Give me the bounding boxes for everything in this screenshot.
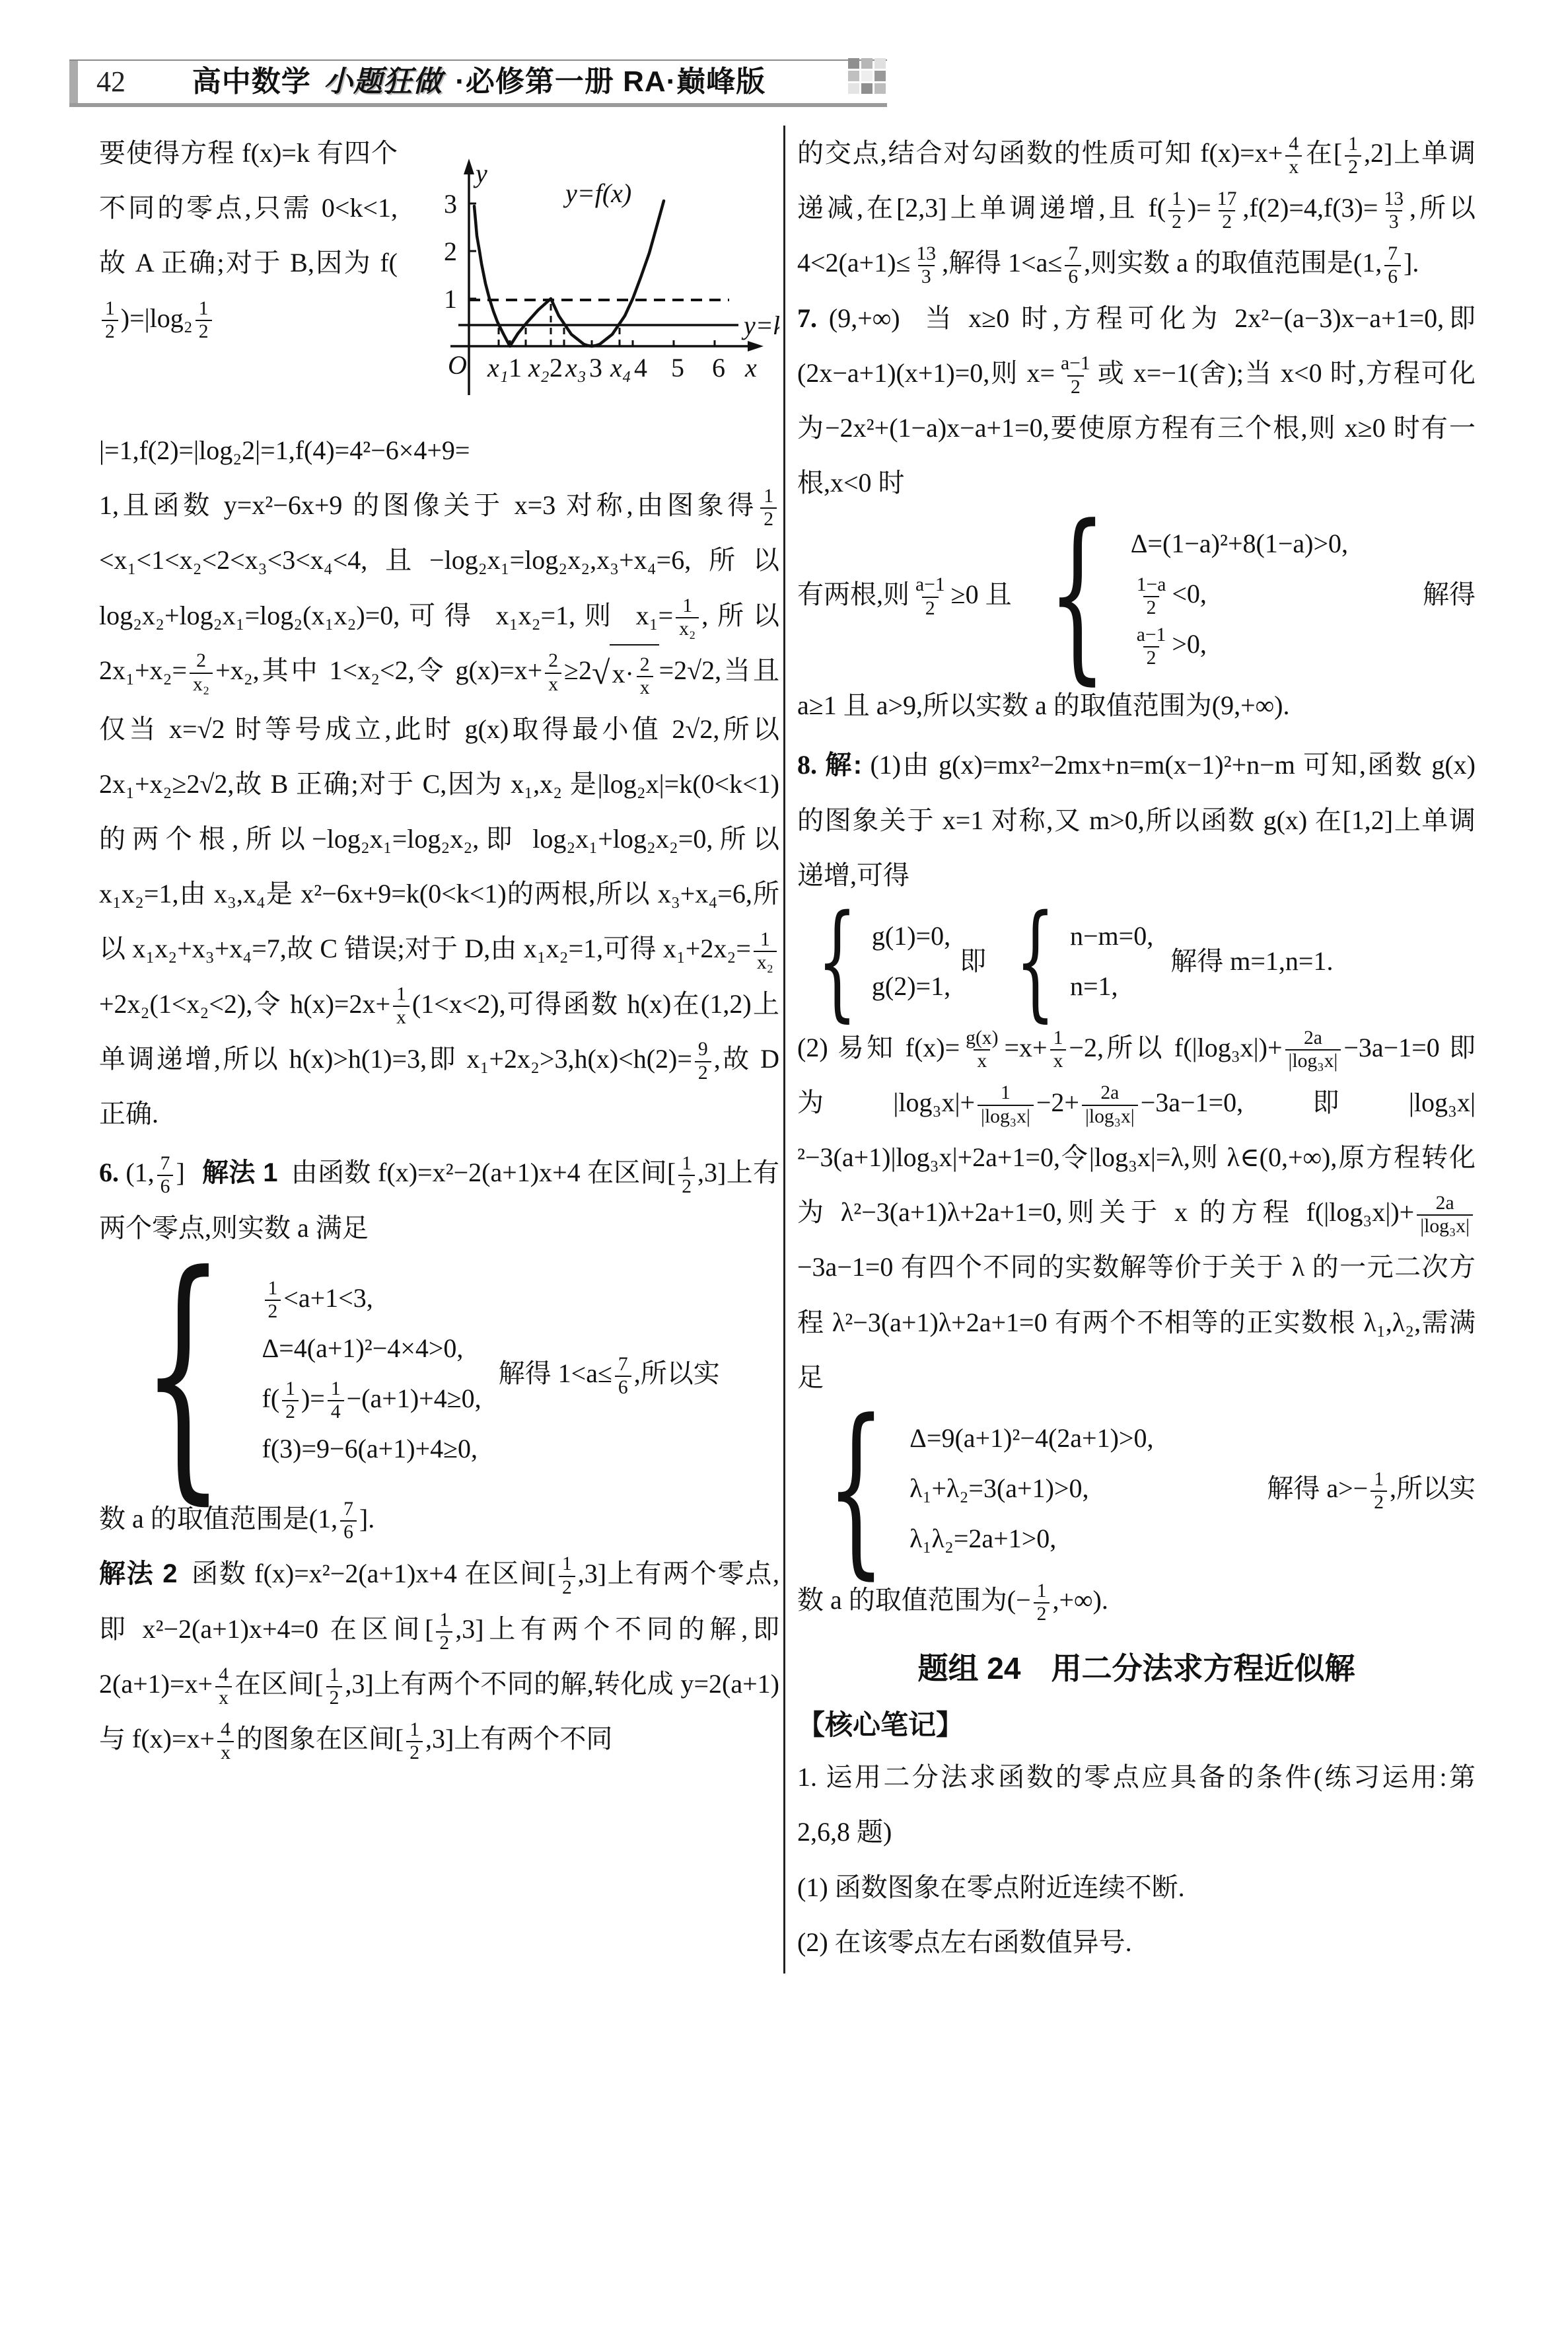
system-lines: Δ=(1−a)²+8(1−a)>0, 1−a2<0, a−12>0, <box>1131 519 1348 669</box>
left-brace-icon: { <box>1048 515 1106 673</box>
paragraph-a5-part2: 1,且函数 y=x²−6x+9 的图像关于 x=3 对称,由图象得12<x₁<1… <box>99 478 779 1141</box>
system-lines: Δ=9(a+1)²−4(2a+1)>0, λ₁+λ₂=3(a+1)>0, λ₁λ… <box>909 1413 1153 1564</box>
two-column-content: y x O y=f(x) y=k 1 2 3 x₁ 1 x₂ 2 x₃ 3 <box>99 126 1476 1974</box>
root-label-x3: x₃ <box>565 353 587 383</box>
solve-text: 解得 a>−12,所以实 <box>1267 1461 1476 1516</box>
k-line-label: y=k <box>741 311 779 340</box>
xtick-label-1: 1 <box>509 353 522 383</box>
problem-6-method2: 解法 2 函数 f(x)=x²−2(a+1)x+4 在区间[12,3]上有两个零… <box>99 1546 779 1767</box>
left-brace-icon: { <box>1015 908 1055 1015</box>
problem-8-text2: (2) 易知 f(x)=g(x)x=x+1x−2,所以 f(|log₃x|)+2… <box>797 1033 1476 1392</box>
xtick-label-5: 5 <box>671 353 684 383</box>
ytick-label-1: 1 <box>444 284 457 314</box>
xtick-label-3: 3 <box>589 353 602 383</box>
left-brace-icon: { <box>827 1410 886 1567</box>
text-run: 1,且函数 y=x²−6x+9 的图像关于 x=3 对称,由图象得12<x₁<1… <box>99 490 779 1128</box>
root-label-x2: x₂ <box>528 353 550 383</box>
method-2-label: 解法 2 <box>99 1559 184 1588</box>
equation-system: { n−m=0, n=1, <box>995 908 1153 1015</box>
x-axis-label: x <box>744 353 757 383</box>
system-line: λ₁λ₂=2a+1>0, <box>909 1514 1153 1564</box>
pre-system-text: 有两根,则a−12≥0 且 <box>797 567 1012 622</box>
mid-text: 即 <box>960 934 986 988</box>
ytick-label-2: 2 <box>444 237 457 266</box>
problem-8-system-row2: { Δ=9(a+1)²−4(2a+1)>0, λ₁+λ₂=3(a+1)>0, λ… <box>797 1410 1476 1567</box>
note-1-item-1: (1) 函数图象在零点附近连续不断. <box>797 1860 1476 1915</box>
solution-label: 解: <box>825 751 862 780</box>
text-run: 1. 运用二分法求函数的零点应具备的条件(练习运用:第 2,6,8 题) <box>797 1762 1476 1847</box>
note-1: 1. 运用二分法求函数的零点应具备的条件(练习运用:第 2,6,8 题) <box>797 1750 1476 1859</box>
problem-7-range: a≥1 且 a>9,所以实数 a 的取值范围为(9,+∞). <box>797 678 1476 733</box>
header-title-brand: 小题狂做 <box>320 65 446 98</box>
problem-7-number: 7. <box>797 303 817 333</box>
problem-8-part1: 8. 解: (1)由 g(x)=mx²−2mx+n=m(x−1)²+n−m 可知… <box>797 737 1476 903</box>
problem-6-answer: (1,76] <box>125 1158 184 1187</box>
system-line: 12<a+1<3, <box>262 1273 481 1323</box>
checker-grid-icon <box>848 58 886 94</box>
page-header: 42 高中数学 小题狂做 ·必修第一册 RA·巅峰版 <box>69 59 887 107</box>
system-line: g(2)=1, <box>872 961 950 1012</box>
problem-6: 6. (1,76] 解法 1 由函数 f(x)=x²−2(a+1)x+4 在区间… <box>99 1145 779 1766</box>
left-brace-icon: { <box>141 1261 225 1486</box>
system-line: Δ=9(a+1)²−4(2a+1)>0, <box>909 1413 1153 1463</box>
system-line: f(3)=9−6(a+1)+4≥0, <box>262 1424 481 1474</box>
system-lines: g(1)=0, g(2)=1, <box>872 911 950 1012</box>
system-line: Δ=4(a+1)²−4×4>0, <box>262 1323 481 1374</box>
method-2-text: 函数 f(x)=x²−2(a+1)x+4 在区间[12,3]上有两个零点,即 x… <box>99 1559 779 1754</box>
curve-label: y=f(x) <box>563 178 631 208</box>
solve-text: 解得 m=1,n=1. <box>1170 934 1333 988</box>
equation-system: { Δ=9(a+1)²−4(2a+1)>0, λ₁+λ₂=3(a+1)>0, λ… <box>797 1410 1153 1567</box>
root-label-x1: x₁ <box>487 353 509 383</box>
xtick-label-6: 6 <box>712 353 725 383</box>
problem-8-text1: (1)由 g(x)=mx²−2mx+n=m(x−1)²+n−m 可知,函数 g(… <box>797 750 1476 890</box>
y-axis-label: y <box>473 159 487 188</box>
problem-6-number: 6. <box>99 1158 119 1187</box>
left-brace-icon: { <box>817 908 857 1015</box>
note-1-item-2: (2) 在该零点左右函数值异号. <box>797 1915 1476 1970</box>
system-line: a−12>0, <box>1131 619 1348 669</box>
equation-system: { Δ=(1−a)²+8(1−a)>0, 1−a2<0, a−12>0, <box>1018 515 1348 673</box>
system-line: n=1, <box>1070 961 1153 1012</box>
header-title-prefix: 高中数学 <box>192 65 311 98</box>
xtick-label-2: 2 <box>550 353 563 383</box>
method-1-label: 解法 1 <box>192 1158 284 1187</box>
system-lines: n−m=0, n=1, <box>1070 911 1153 1012</box>
solve-text: 解得 <box>1423 567 1476 622</box>
problem-7-answer: (9,+∞) <box>829 303 900 333</box>
system-lines: 12<a+1<3, Δ=4(a+1)²−4×4>0, f(12)=14−(a+1… <box>262 1273 481 1474</box>
system-line: g(1)=0, <box>872 911 950 961</box>
column-right: 的交点,结合对勾函数的性质可知 f(x)=x+4x在[12,2]上单调递减,在[… <box>785 126 1476 1974</box>
text-run: (2) 在该零点左右函数值异号. <box>797 1927 1132 1957</box>
header-title-suffix: ·必修第一册 RA·巅峰版 <box>455 65 766 98</box>
system-line: n−m=0, <box>1070 911 1153 961</box>
header-title: 高中数学 小题狂做 ·必修第一册 RA·巅峰版 <box>192 67 766 96</box>
ytick-label-3: 3 <box>444 189 457 219</box>
problem-8-number: 8. <box>797 750 817 780</box>
answer-5-continuation: y x O y=f(x) y=k 1 2 3 x₁ 1 x₂ 2 x₃ 3 <box>99 126 779 1141</box>
system-line: Δ=(1−a)²+8(1−a)>0, <box>1131 519 1348 569</box>
core-notes-heading: 【核心笔记】 <box>797 1700 1476 1750</box>
problem-8-systems-row: { g(1)=0, g(2)=1, 即 { n−m=0, n=1, <box>797 908 1476 1015</box>
x-axis-arrow-icon <box>748 341 764 351</box>
problem-6-continuation: 的交点,结合对勾函数的性质可知 f(x)=x+4x在[12,2]上单调递减,在[… <box>797 126 1476 291</box>
problem-8-part2: (2) 易知 f(x)=g(x)x=x+1x−2,所以 f(|log₃x|)+2… <box>797 1020 1476 1405</box>
column-left: y x O y=f(x) y=k 1 2 3 x₁ 1 x₂ 2 x₃ 3 <box>99 126 785 1974</box>
text-run: a≥1 且 a>9,所以实数 a 的取值范围为(9,+∞). <box>797 690 1290 720</box>
section-title: 题组 24 用二分法求方程近似解 <box>797 1644 1476 1693</box>
text-run: (1) 函数图象在零点附近连续不断. <box>797 1872 1185 1902</box>
header-left-bar <box>69 61 78 103</box>
system-line: 1−a2<0, <box>1131 569 1348 619</box>
problem-6-system-row: { 12<a+1<3, Δ=4(a+1)²−4×4>0, f(12)=14−(a… <box>99 1261 779 1486</box>
section-24: 题组 24 用二分法求方程近似解 【核心笔记】 1. 运用二分法求函数的零点应具… <box>797 1644 1476 1970</box>
page-number: 42 <box>96 52 125 112</box>
problem-7: 7. (9,+∞) 当 x≥0 时,方程可化为 2x²−(a−3)x−a+1=0… <box>797 291 1476 733</box>
xtick-label-4: 4 <box>634 353 647 383</box>
system-line: f(12)=14−(a+1)+4≥0, <box>262 1374 481 1424</box>
problem-7-system-row: 有两根,则a−12≥0 且 { Δ=(1−a)²+8(1−a)>0, 1−a2<… <box>797 515 1476 673</box>
root-label-x4: x₄ <box>610 353 631 383</box>
text-run: 数 a 的取值范围是(1,76]. <box>99 1504 374 1533</box>
problem-8: 8. 解: (1)由 g(x)=mx²−2mx+n=m(x−1)²+n−m 可知… <box>797 737 1476 1628</box>
graph-svg: y x O y=f(x) y=k 1 2 3 x₁ 1 x₂ 2 x₃ 3 <box>410 128 779 416</box>
y-axis-arrow-icon <box>464 159 474 174</box>
equation-system: { g(1)=0, g(2)=1, <box>797 908 950 1015</box>
problem-8-range: 数 a 的取值范围为(−12,+∞). <box>797 1572 1476 1627</box>
equation-system: { 12<a+1<3, Δ=4(a+1)²−4×4>0, f(12)=14−(a… <box>99 1261 481 1486</box>
text-run: 的交点,结合对勾函数的性质可知 f(x)=x+4x在[12,2]上单调递减,在[… <box>797 138 1476 277</box>
page: 42 高中数学 小题狂做 ·必修第一册 RA·巅峰版 <box>0 0 1568 2325</box>
origin-label: O <box>448 350 467 380</box>
problem-7-intro: 7. (9,+∞) 当 x≥0 时,方程可化为 2x²−(a−3)x−a+1=0… <box>797 291 1476 511</box>
system-line: λ₁+λ₂=3(a+1)>0, <box>909 1463 1153 1514</box>
function-graph-figure: y x O y=f(x) y=k 1 2 3 x₁ 1 x₂ 2 x₃ 3 <box>410 128 779 416</box>
solve-text: 解得 1<a≤76,所以实 <box>499 1346 720 1401</box>
